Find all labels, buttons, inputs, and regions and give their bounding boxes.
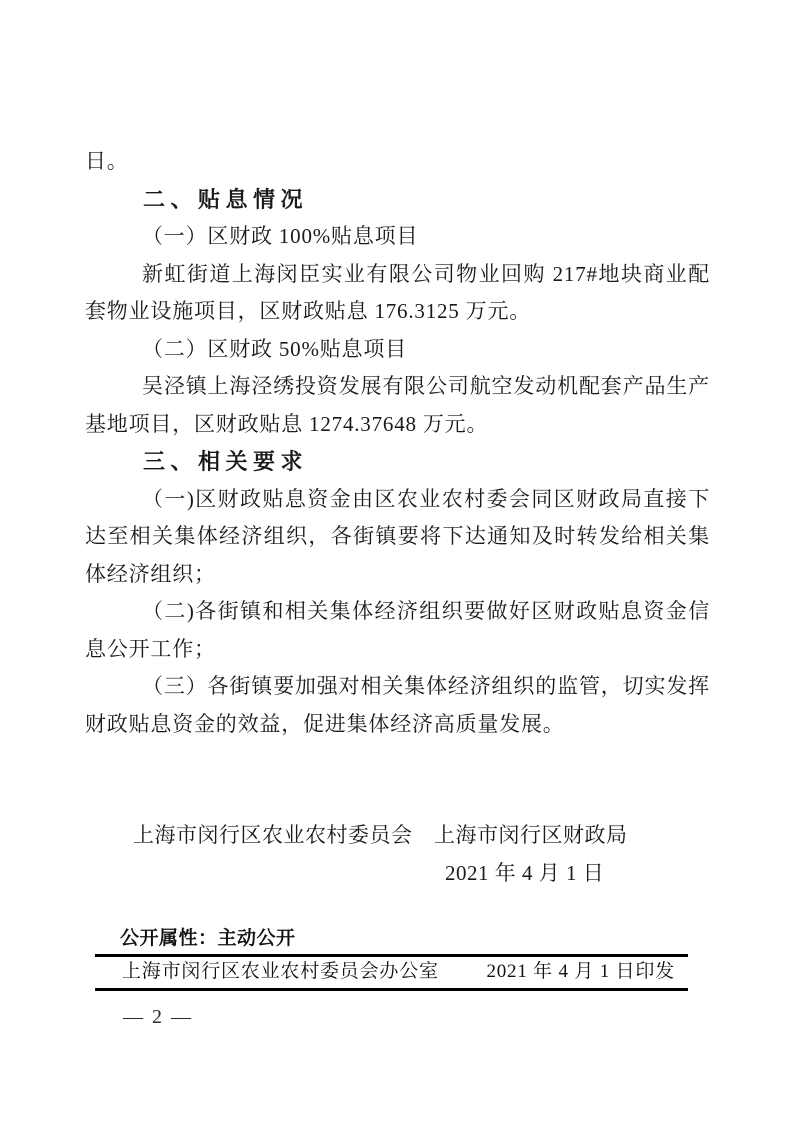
page-number: — 2 — xyxy=(95,1006,688,1029)
signature-issuers: 上海市闵行区农业农村委员会 上海市闵行区财政局 xyxy=(85,817,710,855)
document-footer: 公开属性：主动公开 上海市闵行区农业农村委员会办公室 2021 年 4 月 1 … xyxy=(95,927,688,1029)
imprint-row: 上海市闵行区农业农村委员会办公室 2021 年 4 月 1 日印发 xyxy=(95,957,688,991)
paragraph-continuation: 日。 xyxy=(85,143,710,181)
section-heading-requirements: 三、相关要求 xyxy=(85,443,710,481)
disclosure-attribute-label: 公开属性：主动公开 xyxy=(95,927,688,957)
paragraph-requirement-1: （一)区财政贴息资金由区农业农村委会同区财政局直接下达至相关集体经济组织，各街镇… xyxy=(85,481,710,594)
issuing-office: 上海市闵行区农业农村委员会办公室 xyxy=(122,961,439,983)
document-body: 日。 二、贴息情况 （一）区财政 100%贴息项目 新虹街道上海闵臣实业有限公司… xyxy=(85,143,710,892)
signature-block: 上海市闵行区农业农村委员会 上海市闵行区财政局 2021 年 4 月 1 日 xyxy=(85,817,710,892)
section-heading-subsidy-status: 二、贴息情况 xyxy=(85,181,710,219)
subheading-50pct-subsidy: （二）区财政 50%贴息项目 xyxy=(85,331,710,369)
paragraph-requirement-2: （二)各街镇和相关集体经济组织要做好区财政贴息资金信息公开工作； xyxy=(85,593,710,668)
paragraph-50pct-project: 吴泾镇上海泾绣投资发展有限公司航空发动机配套产品生产基地项目，区财政贴息 127… xyxy=(85,368,710,443)
paragraph-100pct-project: 新虹街道上海闵臣实业有限公司物业回购 217#地块商业配套物业设施项目，区财政贴… xyxy=(85,256,710,331)
print-date: 2021 年 4 月 1 日印发 xyxy=(486,961,675,983)
document-page: 日。 二、贴息情况 （一）区财政 100%贴息项目 新虹街道上海闵臣实业有限公司… xyxy=(0,0,793,1122)
paragraph-requirement-3: （三）各街镇要加强对相关集体经济组织的监管，切实发挥财政贴息资金的效益，促进集体… xyxy=(85,668,710,743)
signature-date: 2021 年 4 月 1 日 xyxy=(85,855,710,893)
subheading-100pct-subsidy: （一）区财政 100%贴息项目 xyxy=(85,218,710,256)
